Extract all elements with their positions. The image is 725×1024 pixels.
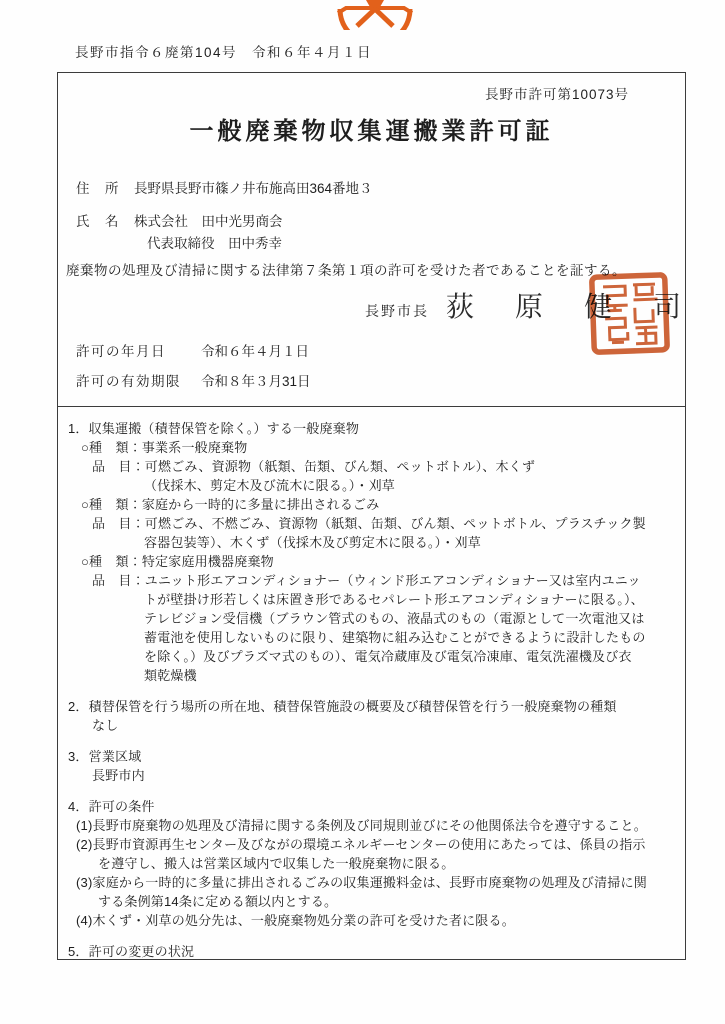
- directive-number-line: 長野市指令６廃第104号 令和６年４月１日: [75, 41, 372, 61]
- company-name: 株式会社 田中光男商会: [134, 210, 283, 230]
- document-line: (2)長野市資源再生センター及びながの環境エネルギーセンターの使用にあたっては、…: [68, 835, 681, 854]
- expiry-date-row: 許可の有効期限 令和８年３月31日: [76, 370, 311, 390]
- certificate-box: 長野市許可第10073号 一般廃棄物収集運搬業許可証 住 所 長野県長野市篠ノ井…: [57, 72, 686, 960]
- document-line: 1．収集運搬（積替保管を除く。）する一般廃棄物: [68, 419, 681, 438]
- address-value: 長野県長野市篠ノ井布施高田364番地３: [134, 177, 373, 197]
- name-row: 氏 名 株式会社 田中光男商会: [76, 210, 283, 230]
- document-line: する条例第14条に定める額以内とする。: [68, 892, 681, 911]
- issue-date-row: 許可の年月日 令和６年４月１日: [76, 340, 309, 360]
- issue-date-value: 令和６年４月１日: [201, 340, 309, 360]
- section-divider: [58, 406, 685, 407]
- permit-number: 長野市許可第10073号: [485, 83, 629, 103]
- document-line: 品 目：ユニット形エアコンディショナー（ウィンド形エアコンディショナー又は室内ユ…: [68, 571, 681, 590]
- nagano-city-emblem-icon: [336, 0, 414, 30]
- document-line: 品 目：可燃ごみ、資源物（紙類、缶類、びん類、ペットボトル）、木くず: [68, 457, 681, 476]
- document-line: 長野市内: [68, 766, 681, 785]
- mayor-title: 長野市長: [365, 301, 429, 321]
- representative-name: 代表取締役 田中秀幸: [147, 232, 282, 252]
- document-line: 5．許可の変更の状況: [68, 942, 681, 961]
- document-line: 3．営業区域: [68, 747, 681, 766]
- document-line: （伐採木、剪定木及び流木に限る。）・刈草: [68, 476, 681, 495]
- document-line: テレビジョン受信機（ブラウン管式のもの、液晶式のもの（電源として一次電池又は: [68, 609, 681, 628]
- document-line: ○種 類：家庭から一時的に多量に排出されるごみ: [68, 495, 681, 514]
- document-line: ○種 類：事業系一般廃棄物: [68, 438, 681, 457]
- document-line: 4．許可の条件: [68, 797, 681, 816]
- document-line: を遵守し、搬入は営業区域内で収集した一般廃棄物に限る。: [68, 854, 681, 873]
- expiry-date-label: 許可の有効期限: [76, 370, 201, 390]
- address-row: 住 所 長野県長野市篠ノ井布施高田364番地３: [76, 177, 373, 197]
- document-line: 類乾燥機: [68, 666, 681, 685]
- certification-statement: 廃棄物の処理及び清掃に関する法律第７条第１項の許可を受けた者であることを証する。: [66, 259, 679, 279]
- document-line: 品 目：可燃ごみ、不燃ごみ、資源物（紙類、缶類、びん類、ペットボトル、プラスチッ…: [68, 514, 681, 533]
- document-line: なし: [68, 716, 681, 735]
- permit-details: 1．収集運搬（積替保管を除く。）する一般廃棄物○種 類：事業系一般廃棄物品 目：…: [68, 419, 681, 961]
- document-line: 容器包装等）、木くず（伐採木及び剪定木に限る。）・刈草: [68, 533, 681, 552]
- document-line: 2．積替保管を行う場所の所在地、積替保管施設の概要及び積替保管を行う一般廃棄物の…: [68, 697, 681, 716]
- document-line: (3)家庭から一時的に多量に排出されるごみの収集運搬料金は、長野市廃棄物の処理及…: [68, 873, 681, 892]
- scanned-permit-document: 長野市指令６廃第104号 令和６年４月１日 長野市許可第10073号 一般廃棄物…: [0, 0, 725, 1024]
- certificate-title: 一般廃棄物収集運搬業許可証: [58, 111, 685, 146]
- document-line: を除く。）及びプラズマ式のもの）、電気冷蔵庫及び電気冷凍庫、電気洗濯機及び衣: [68, 647, 681, 666]
- document-line: 蓄電池を使用しないものに限り、建築物に組み込むことができるように設計したもの: [68, 628, 681, 647]
- mayor-seal-stamp-icon: [589, 272, 671, 356]
- expiry-date-value: 令和８年３月31日: [201, 370, 311, 390]
- issue-date-label: 許可の年月日: [76, 340, 201, 360]
- document-line: (4)木くず・刈草の処分先は、一般廃棄物処分業の許可を受けた者に限る。: [68, 911, 681, 930]
- document-line: トが壁掛け形若しくは床置き形であるセパレート形エアコンディショナーに限る。）、: [68, 590, 681, 609]
- name-label: 氏 名: [76, 210, 134, 230]
- document-line: (1)長野市廃棄物の処理及び清掃に関する条例及び同規則並びにその他関係法令を遵守…: [68, 816, 681, 835]
- document-line: ○種 類：特定家庭用機器廃棄物: [68, 552, 681, 571]
- address-label: 住 所: [76, 177, 134, 197]
